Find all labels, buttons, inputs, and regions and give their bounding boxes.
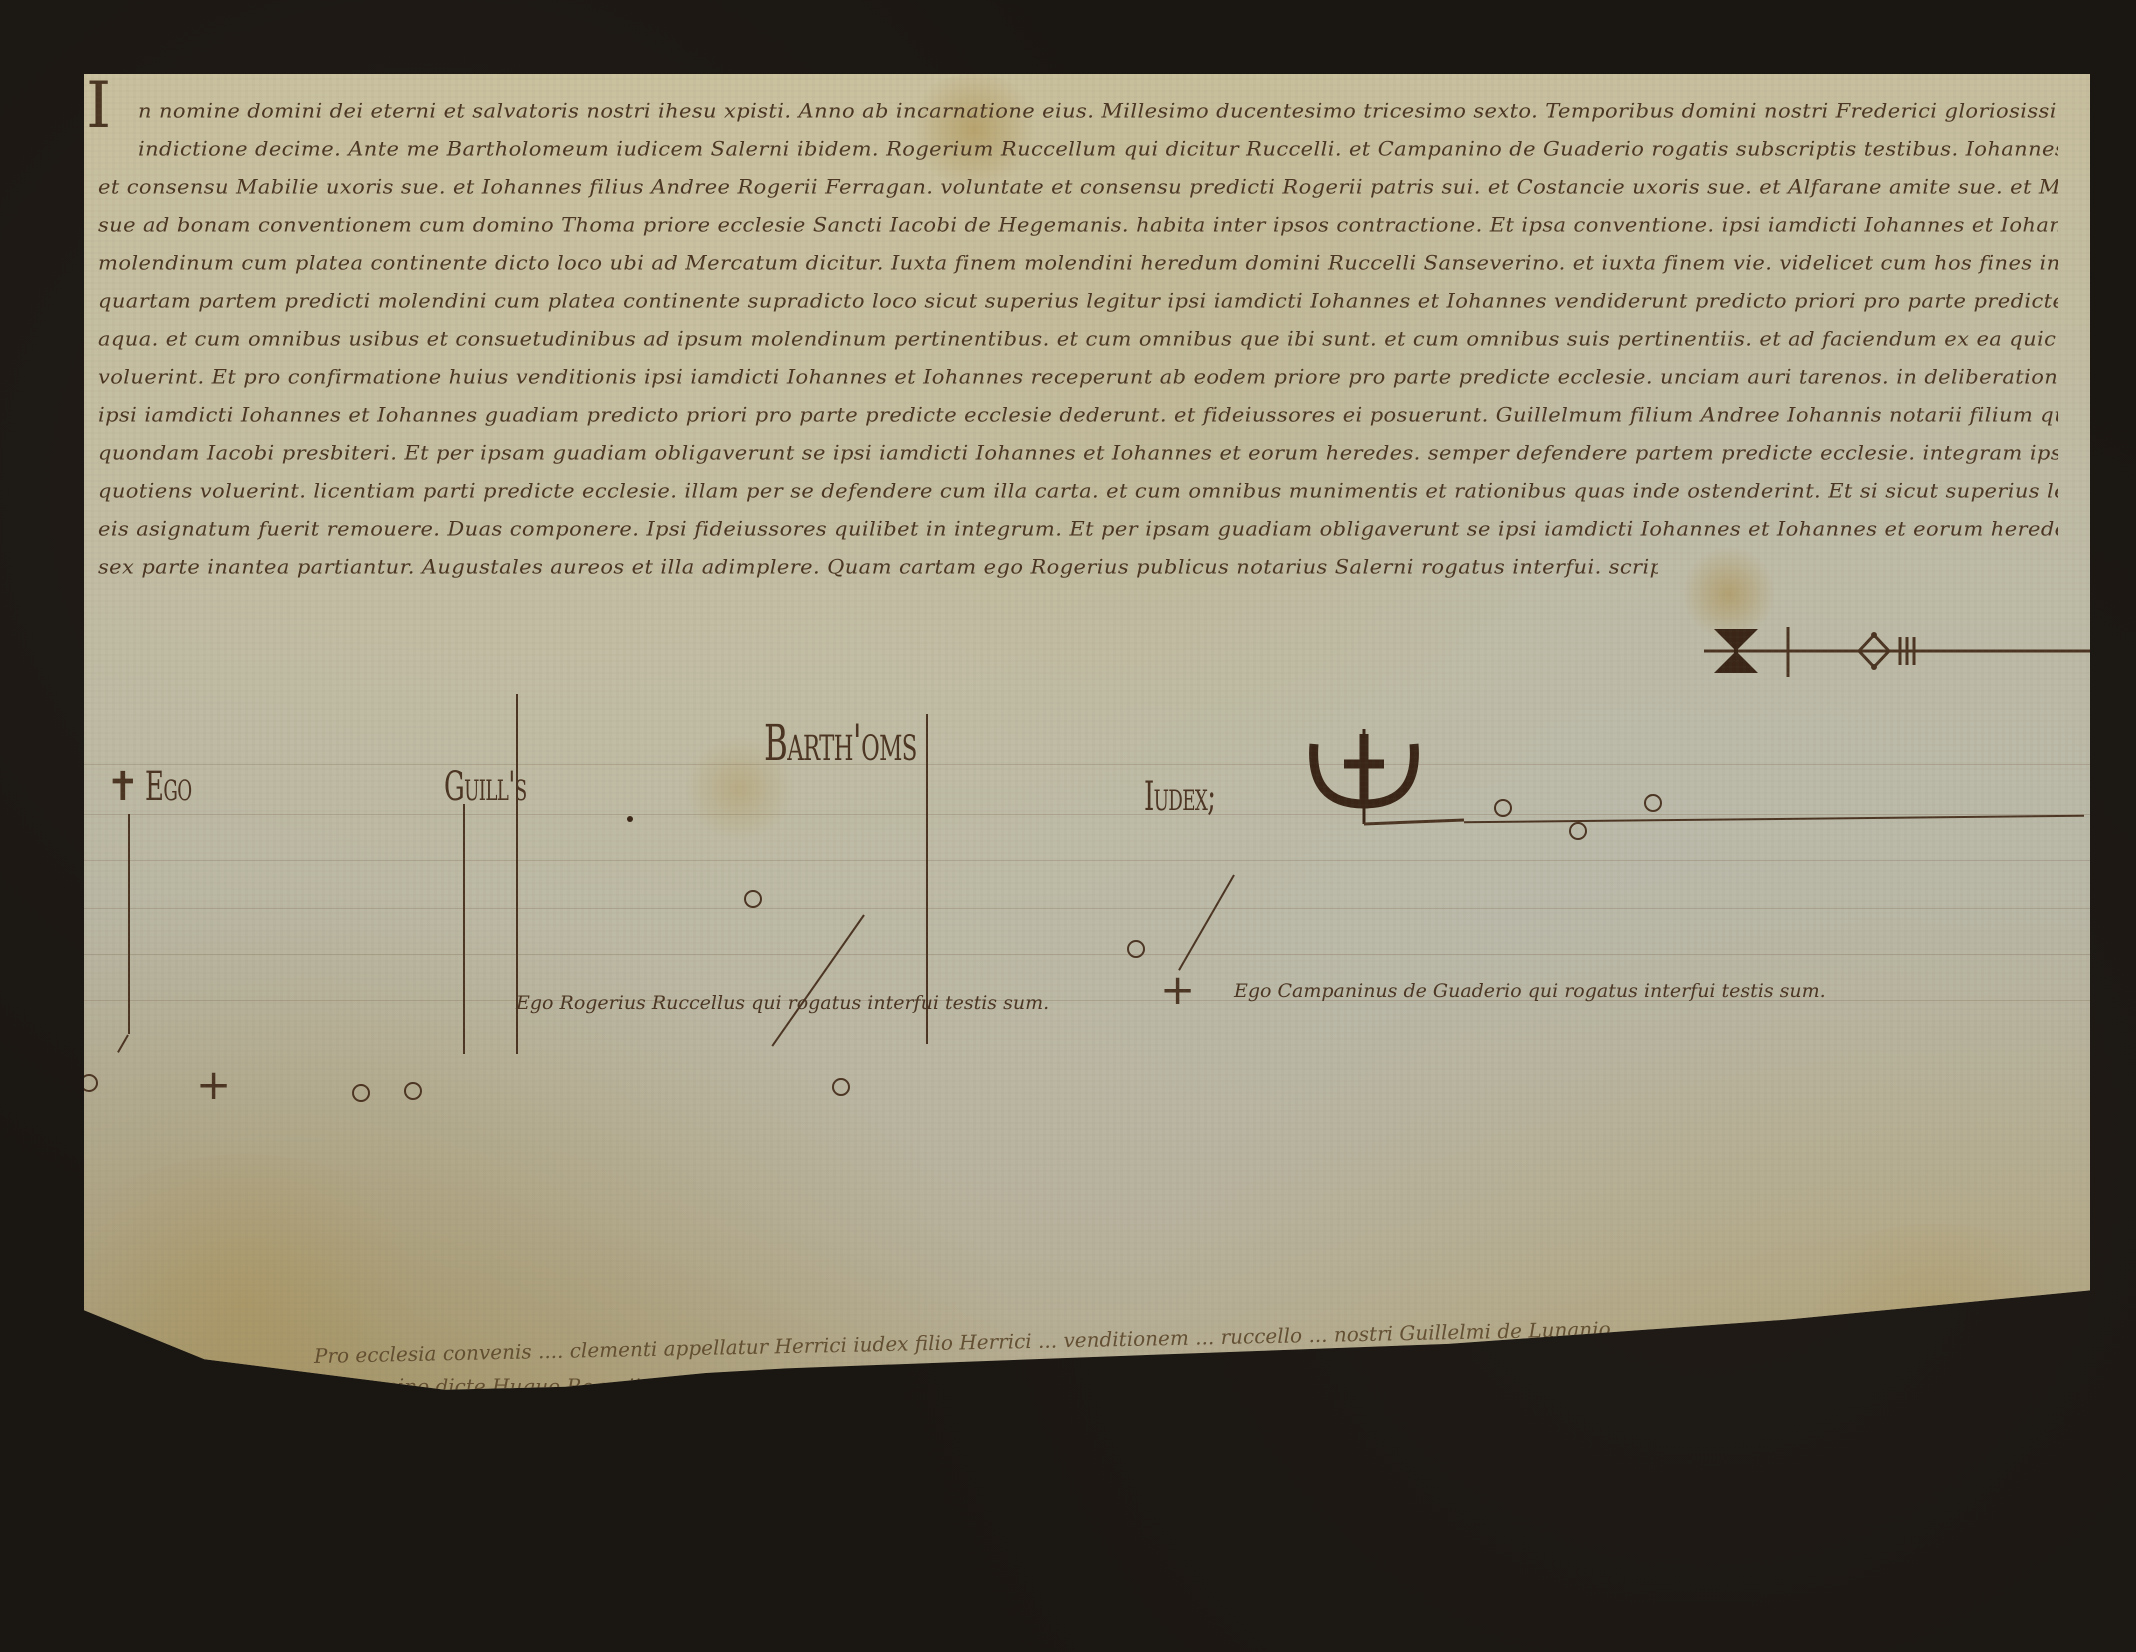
text-line: indictione decime. Ante me Bartholomeum … — [98, 131, 2058, 167]
witness-line: Ego Rogerius Ruccellus qui rogatus inter… — [516, 992, 1049, 1014]
text-line: quotiens voluerint. licentiam parti pred… — [98, 473, 2058, 509]
signature-stroke — [1178, 875, 1235, 971]
flourish-icon — [832, 1078, 850, 1096]
text-line: n nomine domini dei eterni et salvatoris… — [98, 93, 2058, 129]
flourish-icon — [1127, 940, 1145, 958]
text-line: molendinum cum platea continente dicto l… — [98, 245, 2058, 281]
judge-monogram-icon — [1304, 714, 1464, 838]
text-line: eis asignatum fuerit remouere. Duas comp… — [98, 511, 2058, 547]
signature-iudex: Iudex; — [1144, 774, 1254, 820]
cross-sign-icon: + — [196, 1064, 231, 1106]
flourish-icon — [352, 1084, 370, 1102]
signature-stroke — [128, 814, 130, 1034]
ink-dot — [627, 816, 633, 822]
flourish-icon — [744, 890, 762, 908]
signature-stroke — [771, 914, 864, 1046]
text-line: voluerint. Et pro confirmatione huius ve… — [98, 359, 2058, 395]
signature-stroke — [1464, 815, 2084, 823]
text-line: sue ad bonam conventionem cum domino Tho… — [98, 207, 2058, 243]
flourish-icon — [1494, 799, 1512, 817]
signature-stroke — [117, 1035, 129, 1053]
ruled-line — [84, 860, 2090, 861]
flourish-icon — [1569, 822, 1587, 840]
ruled-line — [84, 764, 2090, 765]
text-line: et consensu Mabilie uxoris sue. et Iohan… — [98, 169, 2058, 205]
text-line: ipsi iamdicti Iohannes et Iohannes guadi… — [98, 397, 2058, 433]
text-line: aqua. et cum omnibus usibus et consuetud… — [98, 321, 2058, 357]
signature-label: Barth'oms — [764, 714, 917, 772]
signature-label: Ego — [145, 764, 191, 810]
signature-label: Guill's — [444, 764, 527, 810]
text-line: quondam Iacobi presbiteri. Et per ipsam … — [98, 435, 2058, 471]
text-line: quartam partem predicti molendini cum pl… — [98, 283, 2058, 319]
charter-body-text: n nomine domini dei eterni et salvatoris… — [98, 92, 2058, 586]
ruled-line — [84, 814, 2090, 815]
signature-label: Iudex; — [1144, 774, 1215, 820]
signature-stroke — [463, 804, 465, 1054]
witness-line: Ego Campaninus de Guaderio qui rogatus i… — [1234, 980, 1826, 1002]
cross-sign-icon: ✝ — [106, 764, 140, 810]
flourish-icon — [404, 1082, 422, 1100]
signature-bartholomeus: Barth'oms — [764, 714, 999, 772]
notarial-sign — [1704, 621, 2136, 681]
text-line: sex parte inantea partiantur. Augustales… — [98, 549, 1658, 585]
ruled-line — [84, 954, 2090, 955]
ruled-line — [84, 908, 2090, 909]
cross-sign-icon: + — [1160, 969, 1195, 1011]
flourish-icon — [1644, 794, 1662, 812]
signature-ego: ✝ Ego — [106, 764, 216, 810]
